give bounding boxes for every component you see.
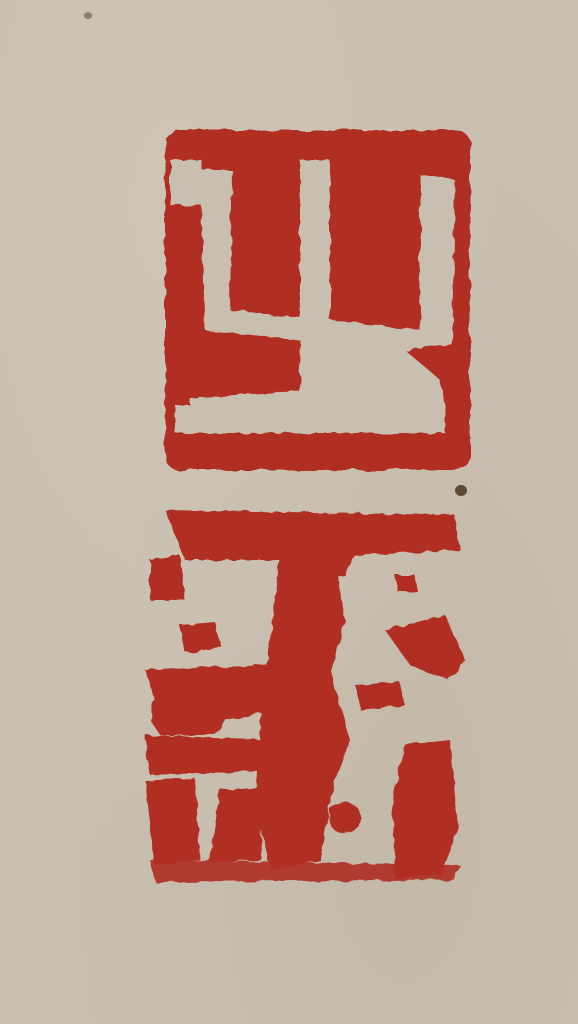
seal-impression <box>0 0 578 1024</box>
seal-bottom-character <box>145 510 465 882</box>
seal-top-character <box>165 130 470 470</box>
